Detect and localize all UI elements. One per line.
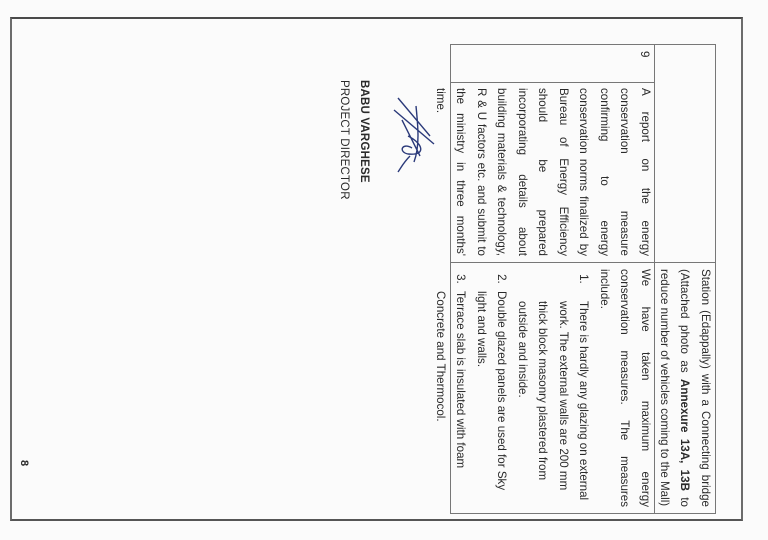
measure-item: There is hardly any glazing on external … [512, 287, 594, 507]
page-number: 8 [18, 460, 30, 466]
previous-row-reply: Station (Edappally) with a Connecting br… [654, 269, 716, 507]
measure-item: Terrace slab is insulated with foam Conc… [430, 287, 471, 507]
signatory-name: BABU VARGHESE [358, 80, 370, 183]
signatory-designation: PROJECT DIRECTOR [338, 80, 350, 200]
reply-line-annexure: (Attached photo as Annexure 13A, 13B to [674, 269, 695, 507]
condition-text: A report on the energy conservation meas… [430, 88, 656, 256]
signature-icon [388, 96, 438, 176]
compliance-table: Station (Edappally) with a Connecting br… [450, 44, 716, 514]
measures-list: There is hardly any glazing on external … [430, 269, 594, 507]
annexure-ref: Annexure 13A, 13B [679, 379, 692, 491]
reply-cell: We have taken maximum energy conservatio… [430, 269, 656, 507]
serial-column-divider [451, 82, 655, 83]
reply-intro: We have taken maximum energy conservatio… [594, 269, 656, 507]
rotated-page: Station (Edappally) with a Connecting br… [0, 0, 768, 540]
reply-column-divider [451, 262, 715, 263]
reply-line: reduce number of vehicles coming to the … [654, 269, 675, 507]
serial-number: 9 [634, 51, 655, 77]
reply-line: Station (Edappally) with a Connecting br… [695, 269, 716, 507]
measure-item: Double glazed panels are used for Sky li… [471, 287, 512, 507]
